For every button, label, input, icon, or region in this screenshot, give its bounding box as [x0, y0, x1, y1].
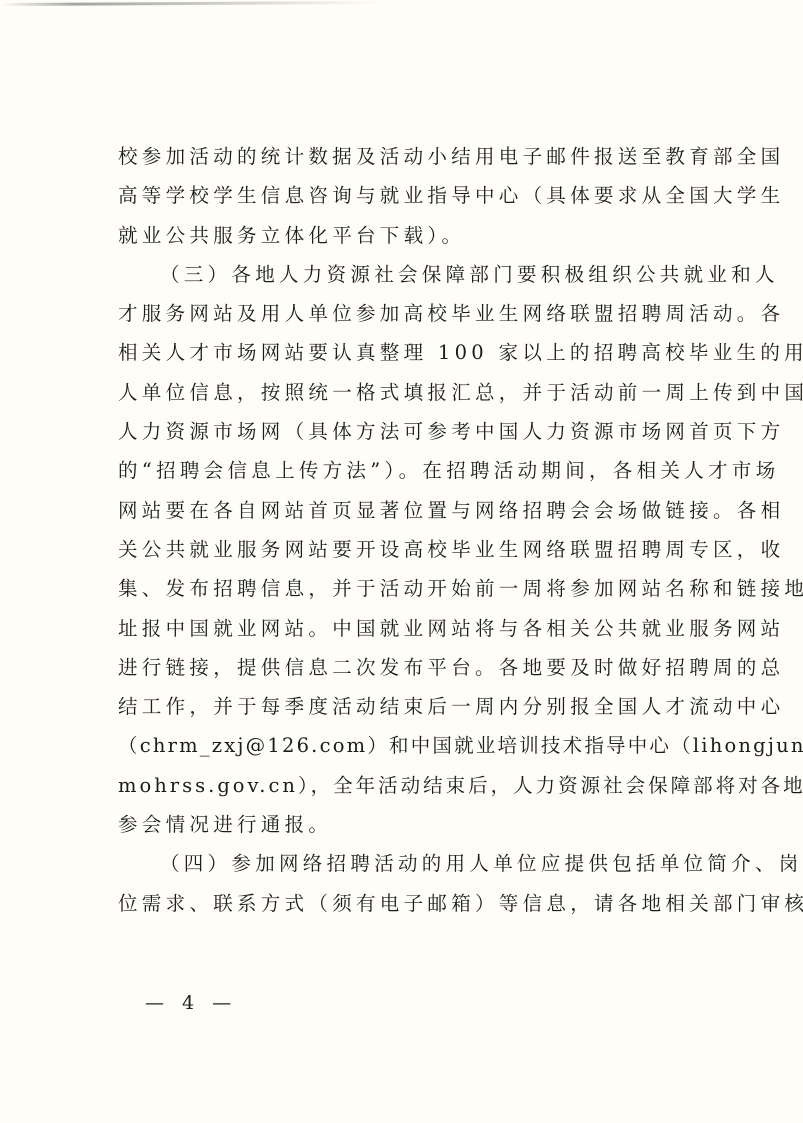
text-line-11: 关公共就业服务网站要开设高校毕业生网络联盟招聘周专区，收: [118, 530, 700, 569]
scan-edge-artifact: [0, 1, 380, 6]
paragraph-3-start: （三）各地人力资源社会保障部门要积极组织公共就业和人: [118, 255, 700, 294]
text-line-8: 人力资源市场网（具体方法可参考中国人力资源市场网首页下方: [118, 412, 700, 451]
text-line-20: 位需求、联系方式（须有电子邮箱）等信息，请各地相关部门审核: [118, 884, 700, 923]
text-line-17-email: mohrss.gov.cn），全年活动结束后，人力资源社会保障部将对各地: [118, 766, 700, 805]
text-line-12: 集、发布招聘信息，并于活动开始前一周将参加网站名称和链接地: [118, 569, 700, 608]
text-line-14: 进行链接，提供信息二次发布平台。各地要及时做好招聘周的总: [118, 648, 700, 687]
page-number: — 4 —: [145, 992, 237, 1014]
text-line-13: 址报中国就业网站。中国就业网站将与各相关公共就业服务网站: [118, 609, 700, 648]
text-line-3: 就业公共服务立体化平台下载）。: [118, 216, 700, 255]
text-line-9: 的“招聘会信息上传方法”）。在招聘活动期间，各相关人才市场: [118, 451, 700, 490]
text-line-10: 网站要在各自网站首页显著位置与网络招聘会会场做链接。各相: [118, 491, 700, 530]
text-line-1: 校参加活动的统计数据及活动小结用电子邮件报送至教育部全国: [118, 137, 700, 176]
text-line-7: 人单位信息，按照统一格式填报汇总，并于活动前一周上传到中国: [118, 373, 700, 412]
text-line-16-email: （chrm_zxj@126.com）和中国就业培训技术指导中心（lihongju…: [118, 726, 700, 765]
text-line-6: 相关人才市场网站要认真整理 100 家以上的招聘高校毕业生的用: [118, 333, 700, 372]
text-line-5: 才服务网站及用人单位参加高校毕业生网络联盟招聘周活动。各: [118, 294, 700, 333]
text-line-2: 高等学校学生信息咨询与就业指导中心（具体要求从全国大学生: [118, 176, 700, 215]
paragraph-4-start: （四）参加网络招聘活动的用人单位应提供包括单位简介、岗: [118, 844, 700, 883]
text-line-15: 结工作，并于每季度活动结束后一周内分别报全国人才流动中心: [118, 687, 700, 726]
document-body: 校参加活动的统计数据及活动小结用电子邮件报送至教育部全国 高等学校学生信息咨询与…: [118, 137, 700, 923]
text-line-18: 参会情况进行通报。: [118, 805, 700, 844]
